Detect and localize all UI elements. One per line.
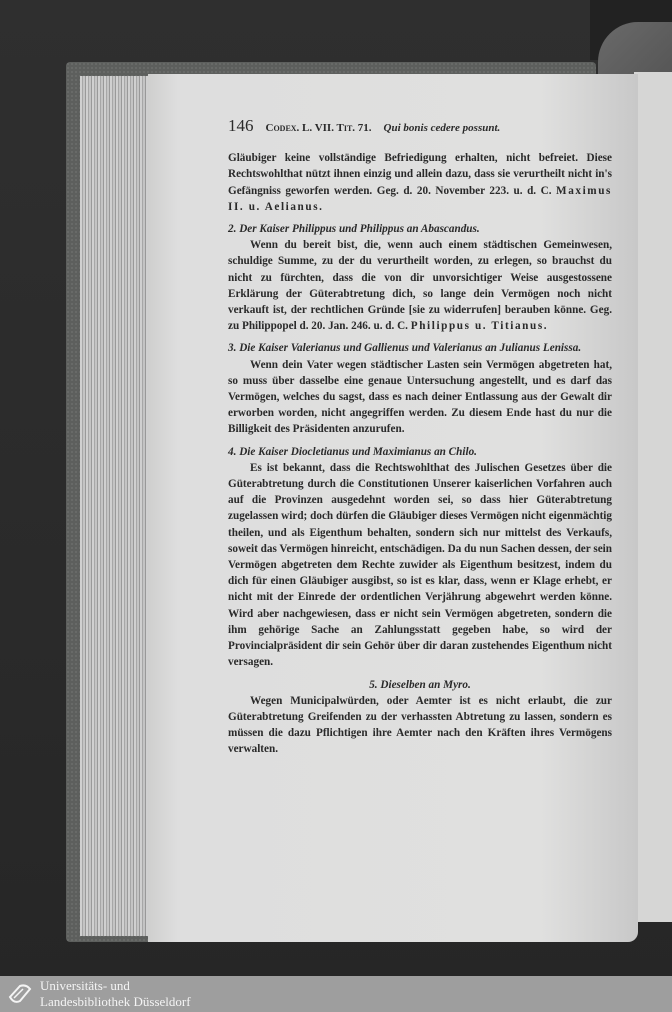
page-number: 146 <box>228 118 254 134</box>
section-text: Wenn du bereit bist, die, wenn auch eine… <box>228 239 612 332</box>
section-heading: 3. Die Kaiser Valerianus und Gallienus u… <box>228 340 612 356</box>
intro-paragraph: Gläubiger keine vollständige Befriedigun… <box>228 150 612 215</box>
library-name[interactable]: Universitäts- und Landesbibliothek Düsse… <box>40 978 191 1010</box>
section-heading: 2. Der Kaiser Philippus und Philippus an… <box>228 221 612 237</box>
running-title: Qui bonis cedere possunt. <box>384 120 501 136</box>
page-edges <box>80 76 150 936</box>
section-paragraph: Es ist bekannt, dass die Rechtswohlthat … <box>228 460 612 671</box>
running-header: 146 Codex. L. VII. Tit. 71. Qui bonis ce… <box>228 118 612 136</box>
section-heading: 5. Dieselben an Myro. <box>228 677 612 693</box>
section-paragraph: Wenn dein Vater wegen städtischer Lasten… <box>228 357 612 438</box>
page-text: 146 Codex. L. VII. Tit. 71. Qui bonis ce… <box>228 118 612 758</box>
section-paragraph: Wegen Municipalwürden, oder Aemter ist e… <box>228 693 612 758</box>
section-paragraph: Wenn du bereit bist, die, wenn auch eine… <box>228 237 612 334</box>
running-head: Codex. L. VII. Tit. 71. <box>266 120 372 136</box>
section-names: Philippus u. Titianus. <box>411 320 548 332</box>
library-name-line1: Universitäts- und <box>40 978 191 994</box>
library-name-line2: Landesbibliothek Düsseldorf <box>40 994 191 1010</box>
intro-text: Gläubiger keine vollständige Befriedigun… <box>228 152 612 196</box>
library-book-icon <box>6 983 34 1007</box>
section-heading: 4. Die Kaiser Diocletianus und Maximianu… <box>228 444 612 460</box>
next-page-edge <box>634 72 672 922</box>
